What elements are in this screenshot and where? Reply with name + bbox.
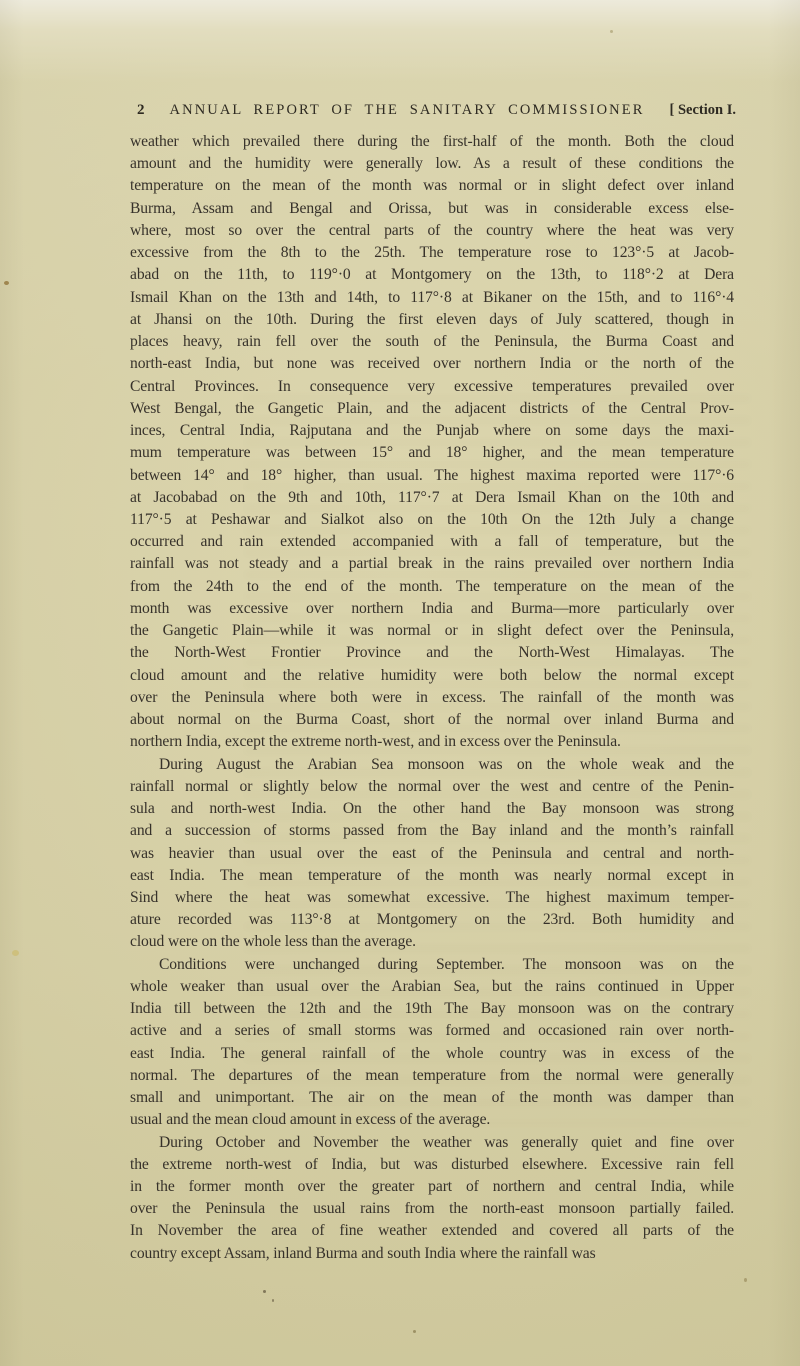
- text-line: where, most so over the central parts of…: [130, 220, 734, 242]
- text-line: Conditions were unchanged during Septemb…: [130, 954, 734, 976]
- text-line: abad on the 11th, to 119°·0 at Montgomer…: [130, 264, 734, 286]
- text-line: usual and the mean cloud amount in exces…: [130, 1109, 734, 1131]
- paper-speck: [272, 1299, 274, 1302]
- text-line: In November the area of fine weather ext…: [130, 1220, 734, 1242]
- text-line: north-east India, but none was received …: [130, 353, 734, 375]
- running-title: ANNUAL REPORT OF THE SANITARY COMMISSION…: [145, 102, 670, 119]
- text-line: over the Peninsula the usual rains from …: [130, 1198, 734, 1220]
- text-line: east India. The mean temperature of the …: [130, 865, 734, 887]
- text-line: sula and north-west India. On the other …: [130, 798, 734, 820]
- text-line: India till between the 12th and the 19th…: [130, 998, 734, 1020]
- text-line: During October and November the weather …: [130, 1132, 734, 1154]
- text-line: Sind where the heat was somewhat excessi…: [130, 887, 734, 909]
- text-line: normal. The departures of the mean tempe…: [130, 1065, 734, 1087]
- paragraph: Conditions were unchanged during Septemb…: [130, 954, 734, 1132]
- text-line: about normal on the Burma Coast, short o…: [130, 709, 734, 731]
- text-line: east India. The general rainfall of the …: [130, 1043, 734, 1065]
- text-line: rainfall normal or slightly below the no…: [130, 776, 734, 798]
- text-line: was heavier than usual over the east of …: [130, 843, 734, 865]
- text-line: whole weaker than usual over the Arabian…: [130, 976, 734, 998]
- text-line: weather which prevailed there during the…: [130, 131, 734, 153]
- text-line: northern India, except the extreme north…: [130, 731, 734, 753]
- paragraph: weather which prevailed there during the…: [130, 131, 734, 754]
- text-line: amount and the humidity were generally l…: [130, 153, 734, 175]
- text-line: country except Assam, inland Burma and s…: [130, 1243, 734, 1265]
- text-line: small and unimportant. The air on the me…: [130, 1087, 734, 1109]
- text-line: During August the Arabian Sea monsoon wa…: [130, 754, 734, 776]
- text-line: at Jhansi on the 10th. During the first …: [130, 309, 734, 331]
- text-line: cloud were on the whole less than the av…: [130, 931, 734, 953]
- text-line: 117°·5 at Peshawar and Sialkot also on t…: [130, 509, 734, 531]
- text-line: active and a series of small storms was …: [130, 1020, 734, 1042]
- text-line: Ismail Khan on the 13th and 14th, to 117…: [130, 287, 734, 309]
- page-header: 2 ANNUAL REPORT OF THE SANITARY COMMISSI…: [130, 102, 736, 119]
- text-line: in the former month over the greater par…: [130, 1176, 734, 1198]
- text-line: occurred and rain extended accompanied w…: [130, 531, 734, 553]
- text-line: at Jacobabad on the 9th and 10th, 117°·7…: [130, 487, 734, 509]
- text-line: cloud amount and the relative humidity w…: [130, 665, 734, 687]
- text-line: mum temperature was between 15° and 18° …: [130, 442, 734, 464]
- text-line: West Bengal, the Gangetic Plain, and the…: [130, 398, 734, 420]
- text-line: inces, Central India, Rajputana and the …: [130, 420, 734, 442]
- section-label: [ Section I.: [670, 102, 736, 119]
- text-line: the extreme north-west of India, but was…: [130, 1154, 734, 1176]
- paragraph: During October and November the weather …: [130, 1132, 734, 1265]
- text-line: rainfall was not steady and a partial br…: [130, 553, 734, 575]
- text-line: temperature on the mean of the month was…: [130, 175, 734, 197]
- paper-speck: [263, 1290, 266, 1293]
- text-line: between 14° and 18° higher, than usual. …: [130, 465, 734, 487]
- paper-speck: [12, 950, 19, 956]
- text-line: ature recorded was 113°·8 at Montgomery …: [130, 909, 734, 931]
- text-line: Burma, Assam and Bengal and Orissa, but …: [130, 198, 734, 220]
- text-line: month was excessive over northern India …: [130, 598, 734, 620]
- text-line: Central Provinces. In consequence very e…: [130, 376, 734, 398]
- text-line: excessive from the 8th to the 25th. The …: [130, 242, 734, 264]
- paper-speck: [610, 30, 613, 33]
- text-line: places heavy, rain fell over the south o…: [130, 331, 734, 353]
- paragraph: During August the Arabian Sea monsoon wa…: [130, 754, 734, 954]
- paper-speck: [744, 1278, 747, 1282]
- paper-speck: [413, 1330, 416, 1333]
- page-number: 2: [130, 102, 145, 119]
- text-line: and a succession of storms passed from t…: [130, 820, 734, 842]
- text-line: from the 24th to the end of the month. T…: [130, 576, 734, 598]
- paper-speck: [4, 281, 9, 285]
- text-line: the Gangetic Plain—while it was normal o…: [130, 620, 734, 642]
- text-line: the North-West Frontier Province and the…: [130, 642, 734, 664]
- document-page: 2 ANNUAL REPORT OF THE SANITARY COMMISSI…: [0, 0, 800, 1366]
- body-text: weather which prevailed there during the…: [130, 131, 734, 1265]
- text-line: over the Peninsula where both were in ex…: [130, 687, 734, 709]
